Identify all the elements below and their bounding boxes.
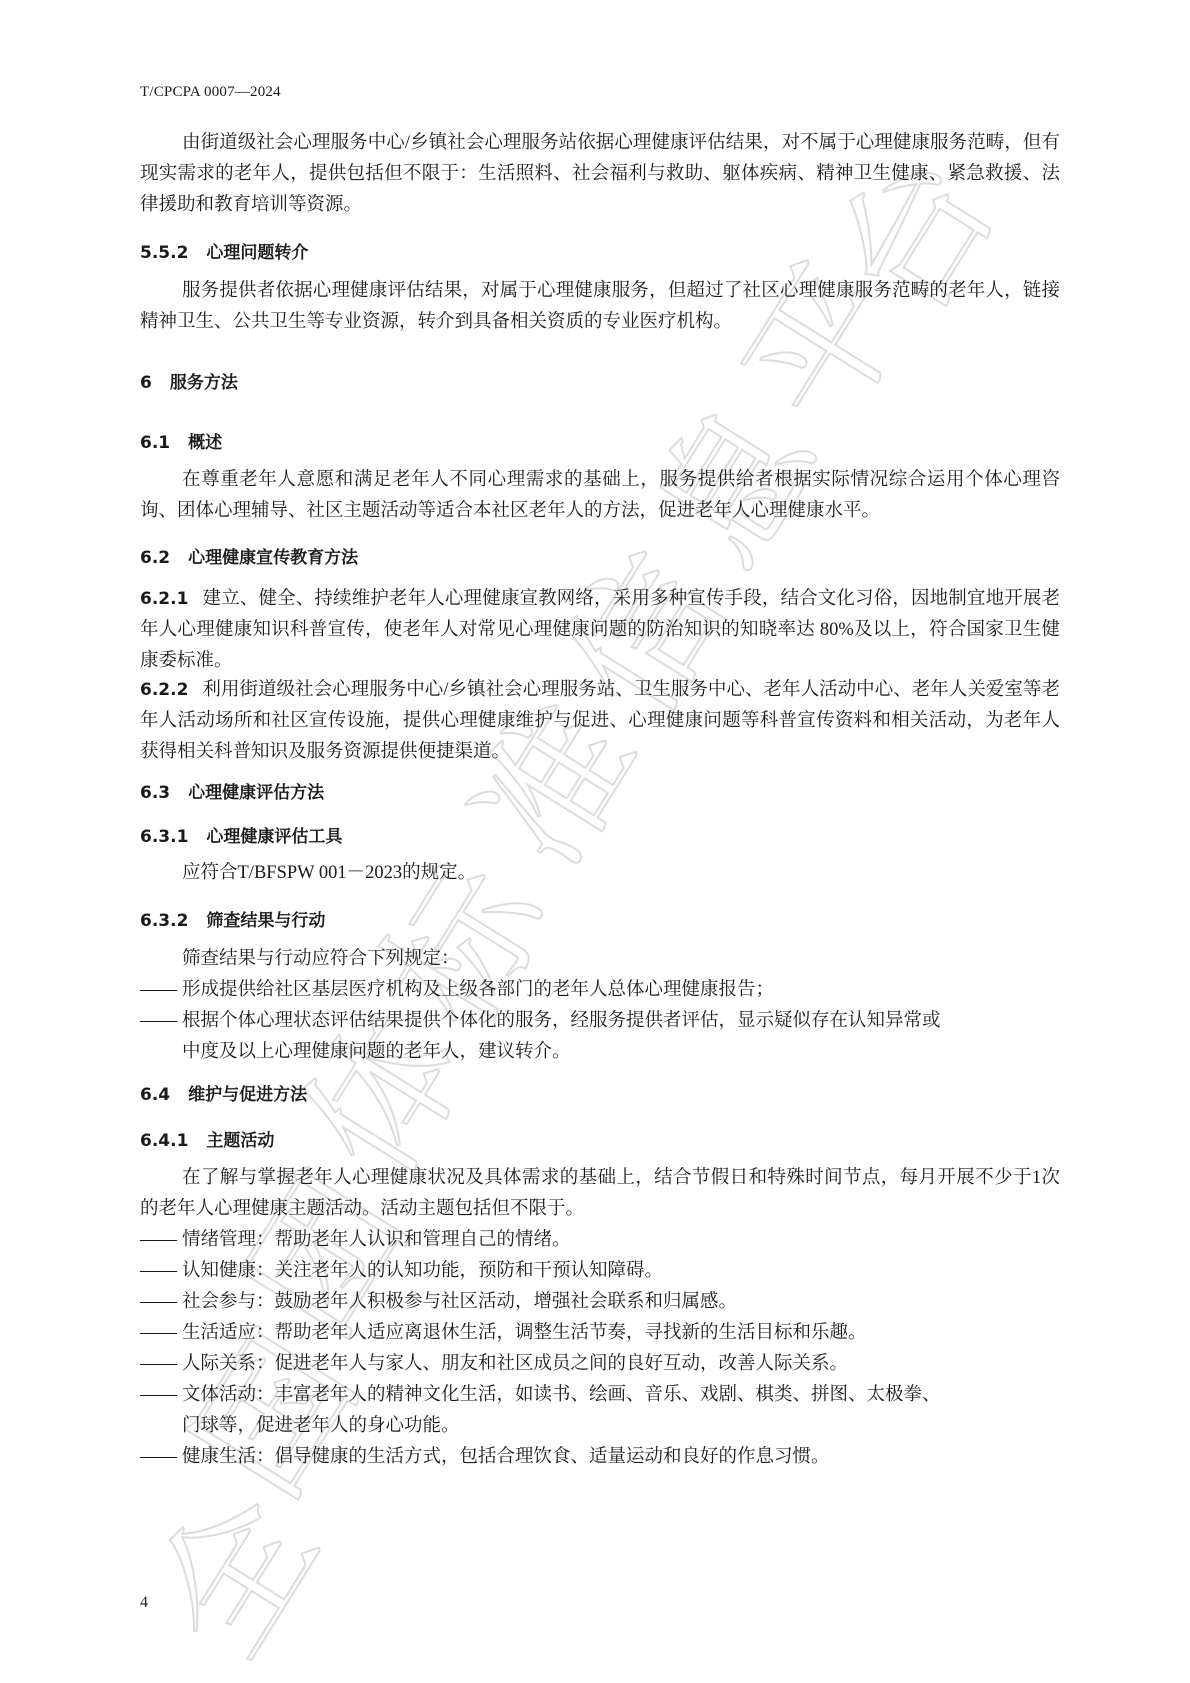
dash-marker: —— <box>140 1318 182 1349</box>
dash-marker: —— <box>140 975 182 1006</box>
list-item-text: 形成提供给社区基层医疗机构及上级各部门的老年人总体心理健康报告； <box>182 980 774 1000</box>
heading-title: 心理健康评估方法 <box>188 783 324 803</box>
heading-title: 心理问题转介 <box>206 243 308 263</box>
paragraph: 应符合T/BFSPW 001－2023的规定。 <box>140 858 1060 889</box>
heading-6-3: 6.3心理健康评估方法 <box>140 778 324 803</box>
heading-6: 6服务方法 <box>140 368 238 393</box>
watermark-char: 全 <box>94 1447 357 1683</box>
list-item-continuation: 中度及以上心理健康问题的老年人，建议转介。 <box>140 1037 1064 1068</box>
section-5-5-2-body: 服务提供者依据心理健康评估结果，对属于心理健康服务，但超过了社区心理健康服务范畴… <box>140 276 1060 338</box>
heading-6-4-1: 6.4.1主题活动 <box>140 1126 274 1151</box>
heading-title: 服务方法 <box>170 373 238 393</box>
heading-title: 维护与促进方法 <box>188 1085 307 1105</box>
heading-number: 6.1 <box>140 433 170 453</box>
heading-6-4: 6.4维护与促进方法 <box>140 1080 307 1105</box>
heading-title: 概述 <box>188 433 222 453</box>
section-6-3-2-intro: 筛查结果与行动应符合下列规定： <box>140 944 1060 975</box>
heading-number: 6.3 <box>140 783 170 803</box>
standard-code: T/CPCPA 0007—2024 <box>140 84 281 101</box>
paragraph: 服务提供者依据心理健康评估结果，对属于心理健康服务，但超过了社区心理健康服务范畴… <box>140 276 1060 338</box>
document-page: 全 国 团 体 标 准 信 息 平 台 T/CPCPA 0007—2024 由街… <box>0 0 1190 1683</box>
list-item: ——情绪管理：帮助老年人认识和管理自己的情绪。 <box>140 1225 1020 1256</box>
watermark-char: 平 <box>684 217 947 459</box>
section-6-1-body: 在尊重老年人意愿和满足老年人不同心理需求的基础上，服务提供给者根据实际情况综合运… <box>140 465 1060 527</box>
list-item: ——生活适应：帮助老年人适应离退休生活，调整生活节奏，寻找新的生活目标和乐趣。 <box>140 1318 1020 1349</box>
paragraph: 筛查结果与行动应符合下列规定： <box>140 944 1060 975</box>
dash-marker: —— <box>140 1287 182 1318</box>
paragraph: 在了解与掌握老年人心理健康状况及具体需求的基础上，结合节假日和特殊时间节点，每月… <box>140 1163 1060 1225</box>
heading-title: 主题活动 <box>206 1131 274 1151</box>
heading-6-3-1: 6.3.1心理健康评估工具 <box>140 822 342 847</box>
section-6-3-1-body: 应符合T/BFSPW 001－2023的规定。 <box>140 858 1060 889</box>
dash-marker: —— <box>140 1006 182 1037</box>
intro-paragraph-block: 由街道级社会心理服务中心/乡镇社会心理服务站依据心理健康评估结果，对不属于心理健… <box>140 128 1060 221</box>
list-item: ——形成提供给社区基层医疗机构及上级各部门的老年人总体心理健康报告； <box>140 975 1020 1006</box>
list-item: ——健康生活：倡导健康的生活方式，包括合理饮食、适量运动和良好的作息习惯。 <box>140 1442 1020 1473</box>
list-item: ——社会参与：鼓励老年人积极参与社区活动，增强社会联系和归属感。 <box>140 1287 1020 1318</box>
heading-title: 筛查结果与行动 <box>206 911 325 931</box>
heading-title: 心理健康评估工具 <box>206 827 342 847</box>
list-item-text: 社会参与：鼓励老年人积极参与社区活动，增强社会联系和归属感。 <box>182 1292 737 1312</box>
list-item-text: 健康生活：倡导健康的生活方式，包括合理饮食、适量运动和良好的作息习惯。 <box>182 1447 830 1467</box>
dash-marker: —— <box>140 1349 182 1380</box>
heading-title: 心理健康宣传教育方法 <box>188 548 358 568</box>
list-item-text: 根据个体心理状态评估结果提供个体化的服务，经服务提供者评估，显示疑似存在认知异常… <box>182 1011 941 1031</box>
list-item: ——认知健康：关注老年人的认知功能，预防和干预认知障碍。 <box>140 1256 1020 1287</box>
paragraph: 在尊重老年人意愿和满足老年人不同心理需求的基础上，服务提供给者根据实际情况综合运… <box>140 465 1060 527</box>
heading-5-5-2: 5.5.2心理问题转介 <box>140 238 308 263</box>
dash-marker: —— <box>140 1442 182 1473</box>
dash-marker: —— <box>140 1380 182 1411</box>
list-item: ——根据个体心理状态评估结果提供个体化的服务，经服务提供者评估，显示疑似存在认知… <box>140 1006 1064 1068</box>
clause-number: 6.2.2 <box>140 680 188 700</box>
list-item: ——文体活动：丰富老年人的精神文化生活，如读书、绘画、音乐、戏剧、棋类、拼图、太… <box>140 1380 1064 1442</box>
heading-6-3-2: 6.3.2筛查结果与行动 <box>140 906 325 931</box>
clause-text: 利用街道级社会心理服务中心/乡镇社会心理服务站、卫生服务中心、老年人活动中心、老… <box>140 680 1060 762</box>
clause-6-2-2: 6.2.2利用街道级社会心理服务中心/乡镇社会心理服务站、卫生服务中心、老年人活… <box>140 675 1060 768</box>
heading-number: 6.2 <box>140 548 170 568</box>
clause-6-2-1: 6.2.1建立、健全、持续维护老年人心理健康宣教网络，采用多种宣传手段，结合文化… <box>140 584 1060 677</box>
section-6-4-1-body: 在了解与掌握老年人心理健康状况及具体需求的基础上，结合节假日和特殊时间节点，每月… <box>140 1163 1060 1225</box>
list-item-text: 生活适应：帮助老年人适应离退休生活，调整生活节奏，寻找新的生活目标和乐趣。 <box>182 1323 867 1343</box>
clause-number: 6.2.1 <box>140 589 188 609</box>
page-number: 4 <box>140 1594 148 1612</box>
heading-number: 6 <box>140 373 152 393</box>
heading-number: 6.4.1 <box>140 1131 188 1151</box>
clause-text: 建立、健全、持续维护老年人心理健康宣教网络，采用多种宣传手段，结合文化习俗，因地… <box>140 589 1060 671</box>
list-item-text: 认知健康：关注老年人的认知功能，预防和干预认知障碍。 <box>182 1261 663 1281</box>
heading-6-1: 6.1概述 <box>140 428 222 453</box>
heading-number: 5.5.2 <box>140 243 188 263</box>
heading-number: 6.3.2 <box>140 911 188 931</box>
list-item-text: 文体活动：丰富老年人的精神文化生活，如读书、绘画、音乐、戏剧、棋类、拼图、太极拳… <box>182 1385 941 1405</box>
heading-6-2: 6.2心理健康宣传教育方法 <box>140 543 358 568</box>
list-item-text: 情绪管理：帮助老年人认识和管理自己的情绪。 <box>182 1230 571 1250</box>
heading-number: 6.4 <box>140 1085 170 1105</box>
list-item-continuation: 门球等，促进老年人的身心功能。 <box>140 1411 1064 1442</box>
heading-number: 6.3.1 <box>140 827 188 847</box>
dash-marker: —— <box>140 1256 182 1287</box>
intro-paragraph: 由街道级社会心理服务中心/乡镇社会心理服务站依据心理健康评估结果，对不属于心理健… <box>140 128 1060 221</box>
list-item-text: 人际关系：促进老年人与家人、朋友和社区成员之间的良好互动，改善人际关系。 <box>182 1354 848 1374</box>
list-item: ——人际关系：促进老年人与家人、朋友和社区成员之间的良好互动，改善人际关系。 <box>140 1349 1020 1380</box>
dash-marker: —— <box>140 1225 182 1256</box>
